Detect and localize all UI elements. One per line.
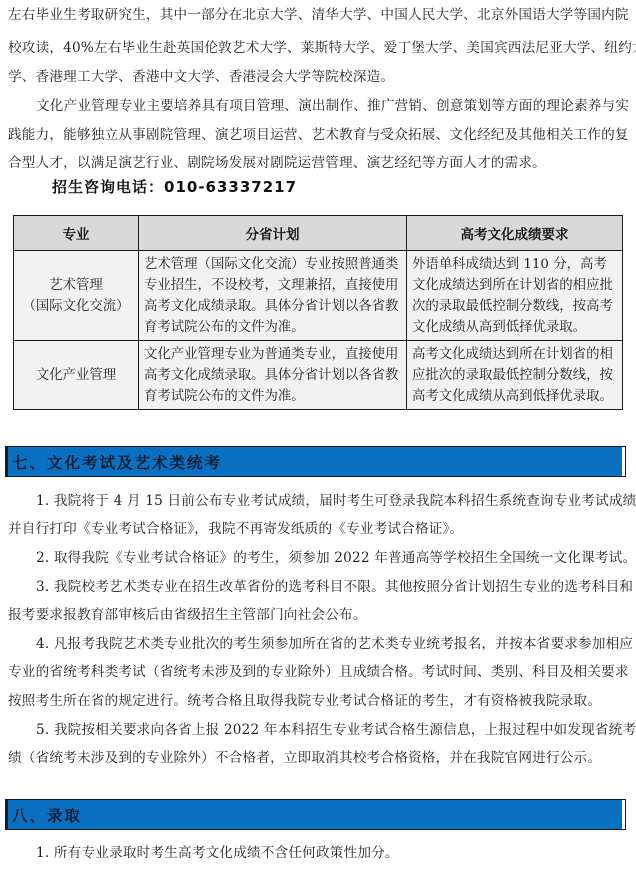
column-header-province-plan: 分省计划: [139, 216, 407, 251]
text-line: 校攻读，40%左右毕业生赴英国伦敦艺术大学、莱斯特大学、爱丁堡大学、美国宾西法尼…: [8, 37, 630, 59]
table-row: 艺术管理 （国际文化交流） 艺术管理（国际文化交流）专业按照普通类专业招生，不设…: [14, 251, 623, 341]
section-title: 七、文化考试及艺术类统考: [12, 451, 222, 473]
text-line: 1. 我院将于 4 月 15 日前公布专业考试成绩，届时考生可登录我院本科招生系…: [8, 490, 630, 512]
section-heading-bar: 七、文化考试及艺术类统考: [5, 446, 626, 477]
text-line: 专业的省统考科类考试（省统考未涉及到的专业除外）且成绩合格。考试时间、类别、科目…: [8, 661, 630, 683]
text-line: 左右毕业生考取研究生，其中一部分在北京大学、清华大学、中国人民大学、北京外国语大…: [8, 4, 630, 26]
text-line: 并自行打印《专业考试合格证》，我院不再寄发纸质的《专业考试合格证》。: [8, 518, 630, 540]
table-header-row: 专业 分省计划 高考文化成绩要求: [14, 216, 623, 251]
section-title: 八、录取: [12, 804, 82, 826]
major-name: 文化产业管理: [19, 365, 133, 386]
text-line: 按照考生所在省的规定进行。统考合格且取得我院专业考试合格证的考生，才有资格被我院…: [8, 690, 630, 712]
major-cell: 艺术管理 （国际文化交流）: [14, 251, 139, 341]
text-line: 4. 凡报考我院艺术类专业批次的考生须参加所在省的艺术类专业统考报名，并按本省要…: [8, 633, 630, 655]
province-plan-cell: 文化产业管理专业为普通类专业，直接使用高考文化成绩录取。具体分省计划以各省教育考…: [139, 341, 407, 410]
hotline-number: 010-63337217: [164, 178, 297, 196]
major-cell: 文化产业管理: [14, 341, 139, 410]
text-line: 绩（省统考未涉及到的专业除外）不合格者，立即取消其校考合格资格，并在我院官网进行…: [8, 747, 630, 769]
table-row: 文化产业管理 文化产业管理专业为普通类专业，直接使用高考文化成绩录取。具体分省计…: [14, 341, 623, 410]
text-line: 合型人才，以满足演艺行业、剧院场发展对剧院运营管理、演艺经纪等方面人才的需求。: [8, 152, 630, 174]
province-plan-cell: 艺术管理（国际文化交流）专业按照普通类专业招生，不设校考，文理兼招，直接使用高考…: [139, 251, 407, 341]
text-line: 学、香港理工大学、香港中文大学、香港浸会大学等院校深造。: [8, 66, 630, 88]
admissions-hotline: 招生咨询电话：010-63337217: [52, 176, 297, 197]
text-line: 文化产业管理专业主要培养具有项目管理、演出制作、推广营销、创意策划等方面的理论素…: [8, 95, 630, 117]
text-line: 践能力，能够独立从事剧院管理、演艺项目运营、艺术教育与受众拓展、文化经纪及其他相…: [8, 124, 630, 146]
score-requirement-cell: 外语单科成绩达到 110 分，高考文化成绩达到所在计划省的相应批次的录取最低控制…: [407, 251, 623, 341]
text-line: 3. 我院校考艺术类专业在招生改革省份的选考科目不限。其他按照分省计划招生专业的…: [8, 576, 630, 598]
text-line: 5. 我院按相关要求向各省上报 2022 年本科招生专业考试合格生源信息，上报过…: [8, 719, 630, 741]
major-subtitle: （国际文化交流）: [19, 296, 133, 317]
column-header-major: 专业: [14, 216, 139, 251]
score-requirement-cell: 高考文化成绩达到所在计划省的相应批次的录取最低控制分数线，按高考文化成绩从高到低…: [407, 341, 623, 410]
major-name: 艺术管理: [19, 275, 133, 296]
column-header-score-requirement: 高考文化成绩要求: [407, 216, 623, 251]
text-line: 报考要求报教育部审核后由省级招生主管部门向社会公布。: [8, 604, 630, 626]
text-line: 2. 取得我院《专业考试合格证》的考生，须参加 2022 年普通高等学校招生全国…: [8, 547, 630, 569]
section-heading-bar: 八、录取: [5, 799, 626, 830]
text-line: 1. 所有专业录取时考生高考文化成绩不含任何政策性加分。: [8, 842, 630, 864]
hotline-label: 招生咨询电话：: [52, 178, 164, 196]
enrollment-plan-table: 专业 分省计划 高考文化成绩要求 艺术管理 （国际文化交流） 艺术管理（国际文化…: [13, 215, 623, 410]
